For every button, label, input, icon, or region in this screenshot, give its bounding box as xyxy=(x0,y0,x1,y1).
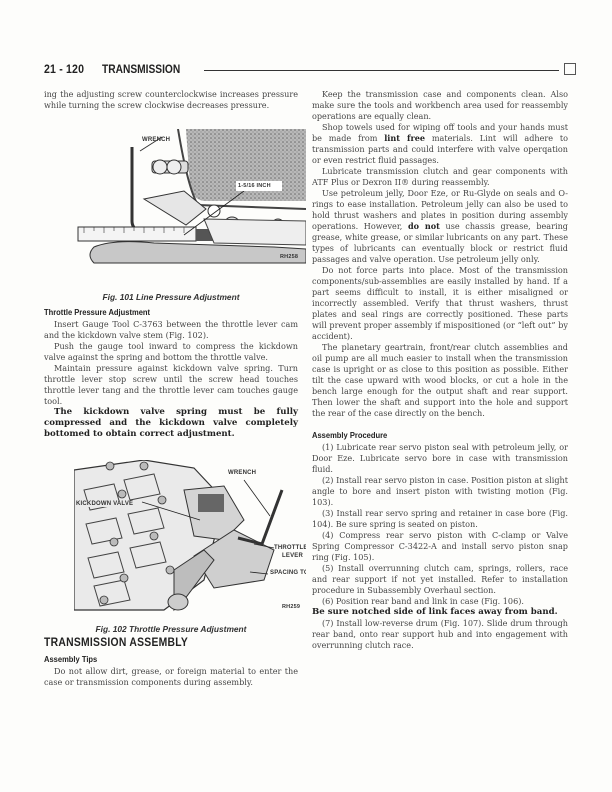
transmission-assembly-heading: TRANSMISSION ASSEMBLY xyxy=(44,638,273,649)
wrench-label: WRENCH xyxy=(142,137,170,143)
measurement-label: 1-5/16 INCH xyxy=(238,183,271,189)
emphasis-lint-free: lint free xyxy=(384,133,425,143)
shop-towels-paragraph: Shop towels used for wiping off tools an… xyxy=(312,122,568,166)
petroleum-jelly-paragraph: Use petroleum jelly, Door Eze, or Ru-Gly… xyxy=(312,188,568,265)
step-3: (3) Install rear servo spring and retain… xyxy=(312,508,568,530)
figure-101-caption: Fig. 101 Line Pressure Adjustment xyxy=(44,292,298,303)
throttle-label-line1: THROTTLE xyxy=(274,545,306,551)
step-4: (4) Compress rear servo piston with C-cl… xyxy=(312,530,568,563)
step-2: (2) Install rear servo piston in case. P… xyxy=(312,475,568,508)
assembly-tips-heading: Assembly Tips xyxy=(44,654,268,665)
figure-ref-label: RH259 xyxy=(282,604,300,610)
line-pressure-diagram-icon xyxy=(74,129,306,267)
section-title: TRANSMISSION xyxy=(102,62,180,76)
spacing-tool-label: SPACING TOOL xyxy=(270,570,306,576)
lubricate-paragraph: Lubricate transmission clutch and gear c… xyxy=(312,166,568,188)
assembly-procedure-heading: Assembly Procedure xyxy=(312,430,537,441)
planetary-geartrain-paragraph: The planetary geartrain, front/rear clut… xyxy=(312,342,568,419)
throttle-label-line2: LEVER xyxy=(282,553,303,559)
throttle-paragraph-2: Push the gauge tool inward to compress t… xyxy=(44,341,298,363)
step-1: (1) Lubricate rear servo piston seal wit… xyxy=(312,442,568,475)
left-column: ing the adjusting screw counterclockwise… xyxy=(44,89,298,111)
emphasis-do-not: do not xyxy=(408,221,440,231)
page-number: 21 - 120 xyxy=(44,62,84,76)
intro-paragraph: ing the adjusting screw counterclockwise… xyxy=(44,89,298,111)
cleanliness-paragraph: Keep the transmission case and component… xyxy=(312,89,568,122)
figure-101-illustration: WRENCH 1-5/16 INCH RH258 xyxy=(74,129,306,267)
figure-102-illustration: WRENCH KICKDOWN VALVE THROTTLE LEVER SPA… xyxy=(74,460,306,620)
step-7: (7) Install low-reverse drum (Fig. 107).… xyxy=(312,618,568,651)
manual-page: 21 - 120 TRANSMISSION ing the adjusting … xyxy=(0,0,612,792)
throttle-paragraph-1: Insert Gauge Tool C-3763 between the thr… xyxy=(44,319,298,341)
throttle-pressure-heading: Throttle Pressure Adjustment xyxy=(44,307,268,318)
step-6-warning: Be sure notched side of link faces away … xyxy=(312,607,568,618)
figure-102-caption: Fig. 102 Throttle Pressure Adjustment xyxy=(44,624,298,635)
left-column-bottom: Fig. 102 Throttle Pressure Adjustment TR… xyxy=(44,624,298,688)
kickdown-valve-label: KICKDOWN VALVE xyxy=(76,501,133,507)
header-box-icon xyxy=(564,63,576,75)
throttle-paragraph-3: Maintain pressure against kickdown valve… xyxy=(44,363,298,407)
page-header: 21 - 120 TRANSMISSION xyxy=(44,62,568,78)
step-5: (5) Install overrunning clutch cam, spri… xyxy=(312,563,568,596)
figure-ref-label: RH258 xyxy=(280,254,298,260)
throttle-warning: The kickdown valve spring must be fully … xyxy=(44,407,298,440)
assembly-tips-paragraph: Do not allow dirt, grease, or foreign ma… xyxy=(44,666,298,688)
do-not-force-paragraph: Do not force parts into place. Most of t… xyxy=(312,265,568,342)
header-rule xyxy=(204,70,559,71)
step-6: (6) Position rear band and link in case … xyxy=(312,596,568,607)
right-column: Keep the transmission case and component… xyxy=(312,89,568,651)
left-column-mid: Fig. 101 Line Pressure Adjustment Thrott… xyxy=(44,292,298,440)
throttle-pressure-diagram-icon xyxy=(74,460,306,620)
wrench-label: WRENCH xyxy=(228,470,256,476)
